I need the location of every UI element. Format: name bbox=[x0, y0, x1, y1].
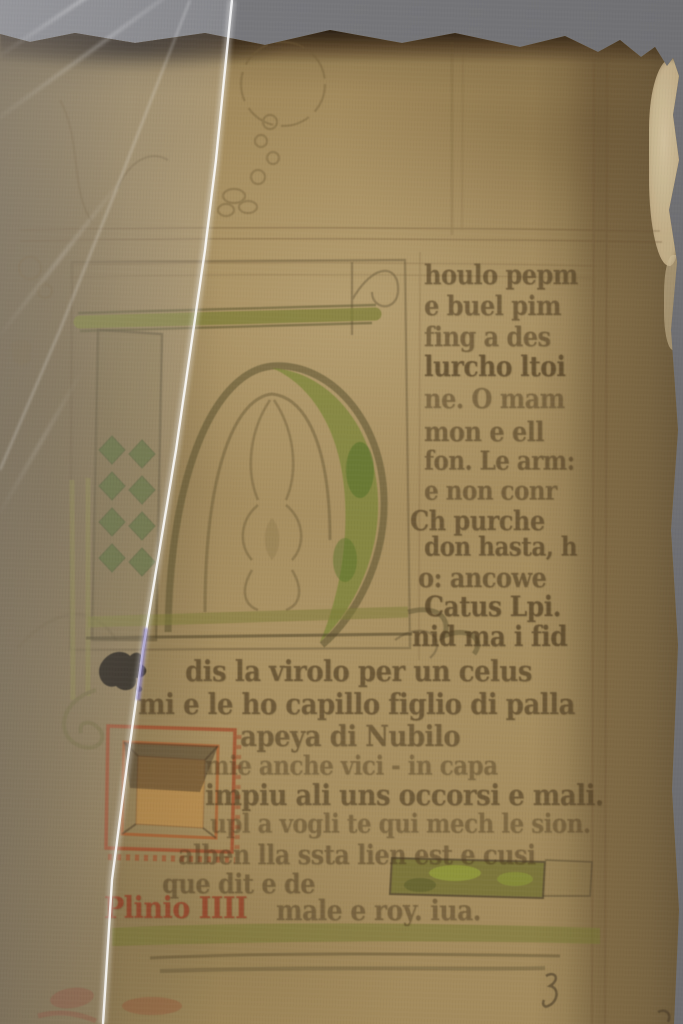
manuscript-photo: houlo pepm e buel pim fing a des lurcho … bbox=[0, 0, 683, 1024]
film-crease bbox=[0, 0, 683, 1024]
